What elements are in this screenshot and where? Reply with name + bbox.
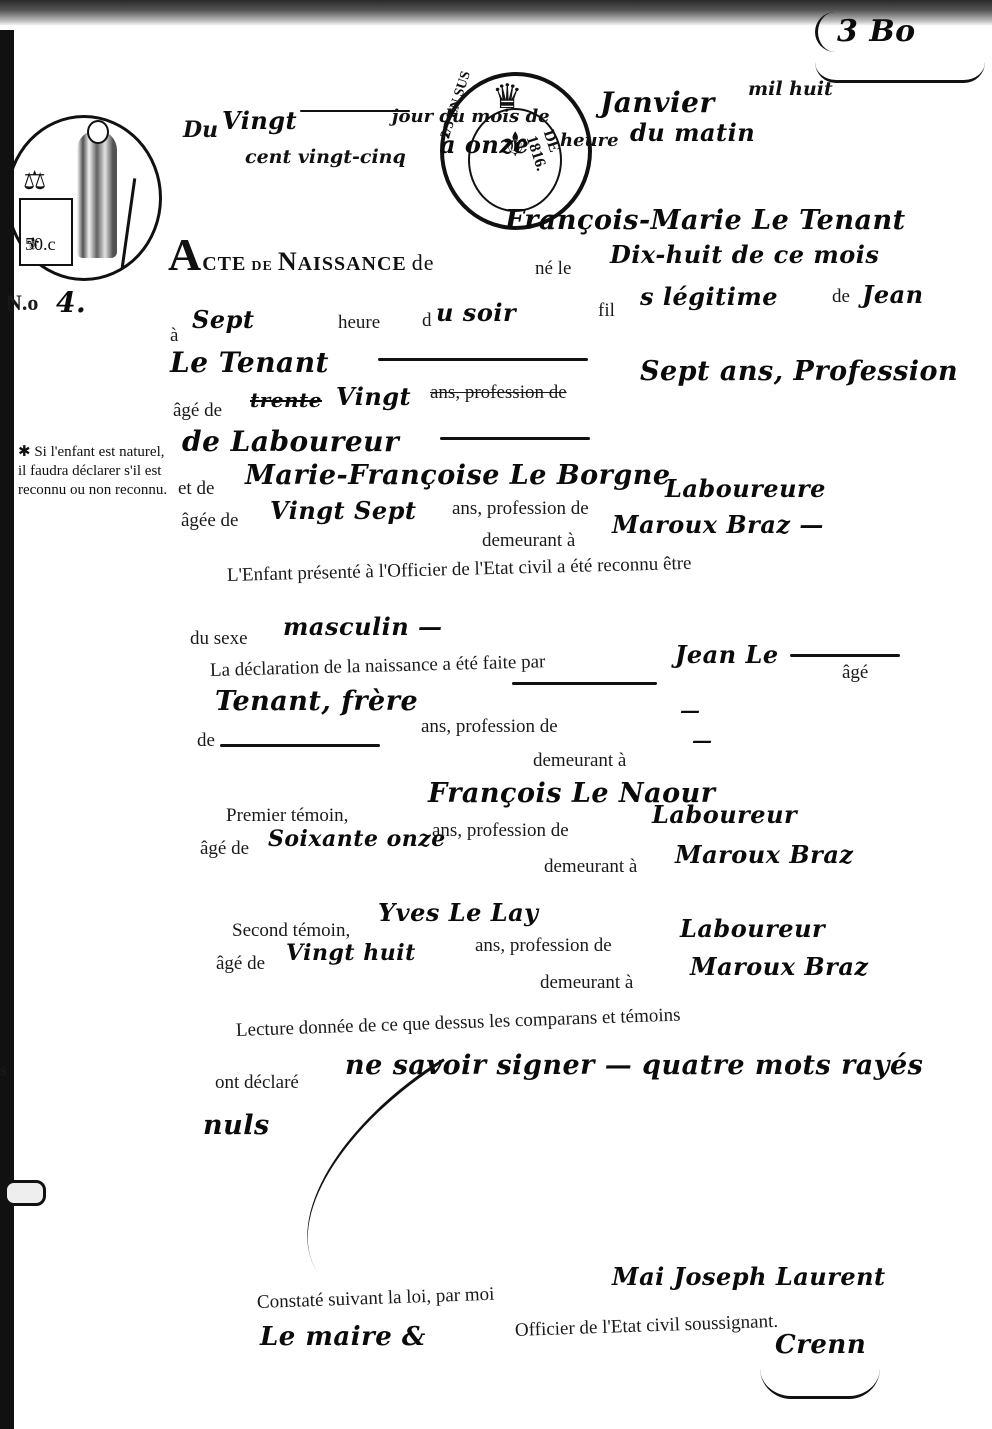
officer-signature: Crenn xyxy=(775,1330,866,1360)
legitimacy: s légitime xyxy=(640,282,778,311)
time-of-day: du matin xyxy=(630,118,755,147)
mother-profession: Laboureure xyxy=(665,474,826,503)
declarant-ans-label: ans, profession de xyxy=(421,716,558,738)
witness-2-residence: Maroux Braz xyxy=(690,952,869,981)
title-naissance-rest: AISSANCE xyxy=(298,253,407,275)
title-de: DE xyxy=(251,259,272,274)
record-number-label: N.o xyxy=(6,290,38,316)
closing-text-2: Officier de l'Etat civil soussignant. xyxy=(515,1311,779,1342)
asterisk-icon: ✱ xyxy=(18,444,31,460)
witness-1-age: Soixante onze xyxy=(268,826,446,852)
year-suffix: cent vingt-cinq xyxy=(245,146,406,168)
fill-line xyxy=(220,744,380,747)
title-initial: A xyxy=(168,229,202,280)
hour-prefix: à xyxy=(170,325,178,347)
title-rest: CTE xyxy=(202,253,246,275)
fill-line xyxy=(440,437,590,440)
birth-time-of-day: u soir xyxy=(436,298,516,327)
declarant-label: La déclaration de la naissance a été fai… xyxy=(210,651,546,682)
child-name: François-Marie Le Tenant xyxy=(505,205,906,236)
justice-head-icon xyxy=(87,120,109,144)
declarant-profession: — xyxy=(680,698,701,722)
witness-1-label: Premier témoin, xyxy=(226,805,348,827)
born-label: né le xyxy=(535,258,571,280)
date-hour: à onze xyxy=(440,130,529,159)
witness-2-name: Yves Le Lay xyxy=(378,898,539,927)
declarant-name-cont: Tenant, frère xyxy=(215,686,418,717)
declarant-residence-label: demeurant à xyxy=(533,750,626,772)
mother-name: Marie-Françoise Le Borgne xyxy=(245,460,671,491)
mother-residence-label: demeurant à xyxy=(482,530,575,552)
fill-line xyxy=(378,358,588,361)
edge-letter: s xyxy=(0,1062,6,1080)
witness-1-age-label: âgé de xyxy=(200,838,249,860)
officer-title-handwritten: Le maire & xyxy=(260,1322,426,1352)
mother-residence: Maroux Braz — xyxy=(612,510,824,539)
hour-label: heure xyxy=(560,130,619,151)
witness-2-ans-label: ans, profession de xyxy=(475,935,612,957)
day-label: jour du mois de xyxy=(392,106,550,127)
record-number: 4. xyxy=(56,286,86,319)
witness-2-age: Vingt huit xyxy=(286,940,416,966)
sword-icon xyxy=(121,178,136,268)
father-ans-struck: ans, profession de xyxy=(430,382,567,404)
scales-icon: ⚖ xyxy=(23,166,46,196)
witness-2-label: Second témoin, xyxy=(232,920,350,942)
title-naissance-initial: N xyxy=(278,247,298,276)
declarant-de-label: de xyxy=(197,730,215,752)
mother-et-de-label: et de xyxy=(178,478,214,500)
sex-value: masculin — xyxy=(283,612,443,641)
declarant-residence: — xyxy=(692,728,713,752)
date-month: Janvier xyxy=(600,86,715,119)
witness-2-residence-label: demeurant à xyxy=(540,972,633,994)
father-age-cont: Sept ans, Profession xyxy=(640,356,958,387)
witness-1-ans-label: ans, profession de xyxy=(432,820,569,842)
time-prefix: d xyxy=(422,310,432,332)
fil-label: fil xyxy=(598,300,615,322)
mother-ans-label: ans, profession de xyxy=(452,498,589,520)
witness-1-profession: Laboureur xyxy=(652,800,797,829)
witness-1-residence: Maroux Braz xyxy=(675,840,854,869)
date-day: Vingt xyxy=(222,106,297,135)
year-prefix: mil huit xyxy=(748,78,833,100)
mother-age-label: âgée de xyxy=(181,510,238,532)
witness-2-profession: Laboureur xyxy=(680,914,825,943)
register-binding-cord xyxy=(0,30,14,1429)
declared-label: ont déclaré xyxy=(215,1072,299,1094)
stamp-pedestal: ⚜ 50.c xyxy=(19,198,73,266)
justice-figure-icon xyxy=(77,130,117,258)
witness-2-age-label: âgé de xyxy=(216,953,265,975)
sex-label: du sexe xyxy=(190,628,248,650)
birth-hour-label: heure xyxy=(338,312,380,334)
presentation-text: L'Enfant présenté à l'Officier de l'Etat… xyxy=(227,553,692,587)
father-last-name: Le Tenant xyxy=(170,346,329,379)
father-age-struck: trente xyxy=(250,388,322,412)
document-title: ACTE DE NAISSANCE de xyxy=(168,228,435,281)
signature-paraphe xyxy=(760,1368,880,1399)
father-first-name: Jean xyxy=(862,280,924,309)
fill-line xyxy=(512,682,657,685)
date-prefix: Du xyxy=(183,117,218,143)
declarant-age-label: âgé xyxy=(842,662,868,684)
mother-age: Vingt Sept xyxy=(270,496,416,525)
binding-knot xyxy=(4,1180,46,1206)
tax-stamp-medallion: ⚖ ⚜ 50.c xyxy=(6,115,162,281)
of-label: de xyxy=(832,286,850,308)
margin-note: ✱ Si l'enfant est naturel, il faudra déc… xyxy=(18,443,168,500)
stamp-value: 50.c xyxy=(25,234,56,255)
declared-value-cont: nuls xyxy=(203,1110,270,1141)
father-profession: de Laboureur xyxy=(182,425,399,458)
reading-text: Lecture donnée de ce que dessus les comp… xyxy=(236,1004,681,1042)
corner-reference-text: 3 Bo xyxy=(837,14,916,49)
title-suffix: de xyxy=(412,250,435,275)
officer-name: Mai Joseph Laurent xyxy=(612,1262,886,1291)
flourish-icon xyxy=(815,62,985,83)
birth-hour: Sept xyxy=(192,305,254,334)
born-date: Dix-huit de ce mois xyxy=(610,240,879,269)
margin-note-text: Si l'enfant est naturel, il faudra décla… xyxy=(18,444,167,498)
witness-1-residence-label: demeurant à xyxy=(544,856,637,878)
closing-text-1: Constaté suivant la loi, par moi xyxy=(257,1284,495,1314)
declarant-name: Jean Le xyxy=(675,640,779,669)
fill-line xyxy=(790,654,900,657)
father-age: Vingt xyxy=(336,382,411,411)
father-age-label: âgé de xyxy=(173,400,222,422)
